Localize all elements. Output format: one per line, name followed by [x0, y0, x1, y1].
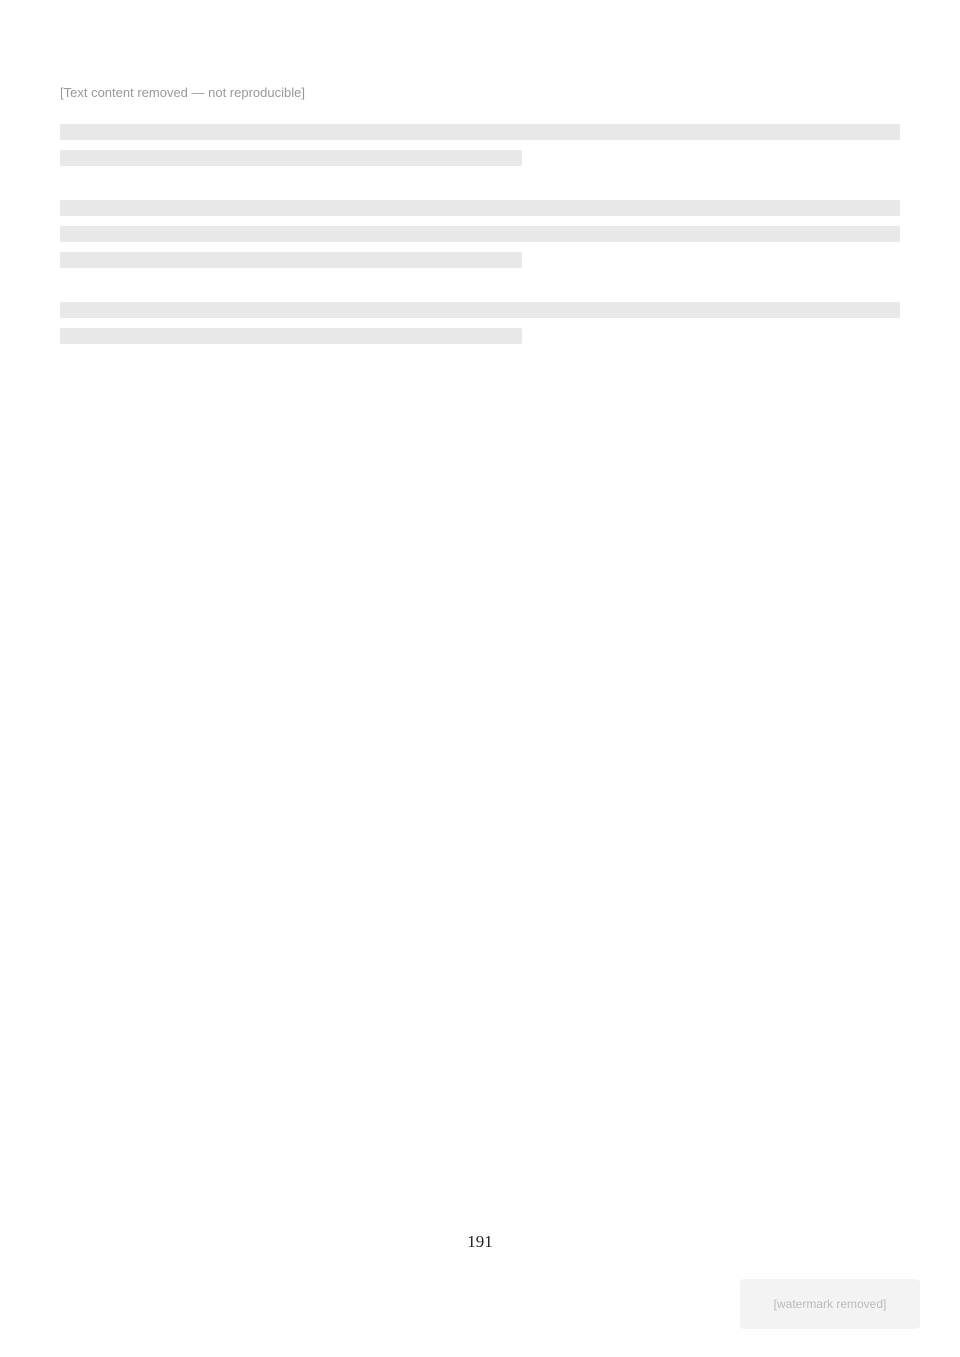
redacted-text-line: [60, 252, 522, 268]
watermark-placeholder: [watermark removed]: [740, 1279, 920, 1329]
redaction-notice: [Text content removed — not reproducible…: [60, 85, 900, 100]
redacted-paragraph: [60, 302, 900, 344]
redacted-text-line: [60, 302, 900, 318]
document-page: [Text content removed — not reproducible…: [0, 0, 960, 1357]
page-content: [Text content removed — not reproducible…: [60, 85, 900, 378]
redacted-text-line: [60, 124, 900, 140]
redacted-text-line: [60, 328, 522, 344]
redacted-paragraph: [60, 200, 900, 268]
redacted-text-line: [60, 200, 900, 216]
redacted-text-line: [60, 150, 522, 166]
redacted-text-line: [60, 226, 900, 242]
redacted-paragraph: [60, 124, 900, 166]
page-number: 191: [0, 1232, 960, 1252]
